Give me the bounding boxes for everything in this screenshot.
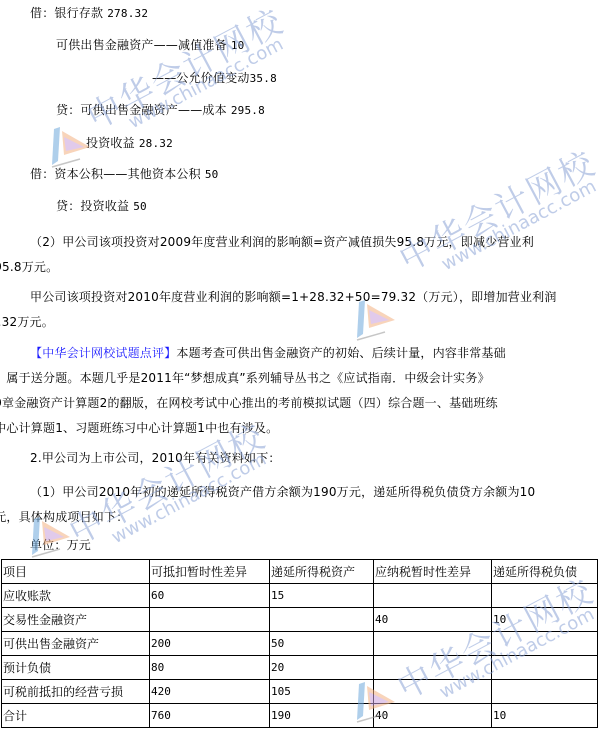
table-cell: 105 bbox=[270, 680, 374, 704]
table-cell bbox=[492, 632, 598, 656]
amount: 278.32 bbox=[107, 7, 148, 20]
amount: 28.32 bbox=[139, 137, 173, 150]
amount: 295.8 bbox=[231, 104, 265, 117]
table-row: 可供出售金融资产 200 50 bbox=[2, 632, 598, 656]
journal-line-credit-cost: 贷：可供出售金融资产——成本 295.8 bbox=[56, 103, 265, 118]
unit-label: 单位：万元 bbox=[30, 538, 91, 552]
journal-line-debit-bank: 借：银行存款 278.32 bbox=[30, 6, 148, 21]
account-name: 可供出售金融资产——成本 bbox=[80, 103, 226, 117]
paragraph-line: （2）甲公司该项投资对2009年度营业利润的影响额=资产减值损失95.8万元，即… bbox=[6, 230, 594, 255]
table-header-row: 项目 可抵扣暂时性差异 递延所得税资产 应纳税暂时性差异 递延所得税负债 bbox=[2, 560, 598, 584]
amount: 35.8 bbox=[250, 72, 277, 85]
table-cell: 80 bbox=[150, 656, 270, 680]
table-cell: 50 bbox=[270, 632, 374, 656]
table-cell: 交易性金融资产 bbox=[2, 608, 150, 632]
paragraph-line: 性，属于送分题。本题几乎是2011年“梦想成真”系列辅导丛书之《应试指南．中级会… bbox=[0, 366, 594, 391]
journal-line-fair-value: ——公允价值变动35.8 bbox=[152, 71, 277, 86]
paragraph-line: 79.32万元。 bbox=[0, 310, 594, 335]
commentary-tag: 【中华会计网校试题点评】 bbox=[30, 346, 176, 360]
table-cell: 20 bbox=[270, 656, 374, 680]
table-cell: 190 bbox=[270, 704, 374, 728]
account-name: 投资收益 bbox=[80, 199, 129, 213]
table-cell: 10 bbox=[492, 704, 598, 728]
paragraph-line: 习中心计算题1、习题班练习中心计算题1中也有涉及。 bbox=[0, 416, 594, 441]
journal-line-investment-income: 投资收益 28.32 bbox=[86, 136, 173, 151]
journal-line-debit-capital-reserve: 借：资本公积——其他资本公积 50 bbox=[30, 167, 218, 182]
table-cell bbox=[150, 608, 270, 632]
paragraph-2010-impact: 甲公司该项投资对2010年度营业利润的影响额=1+28.32+50=79.32（… bbox=[6, 285, 594, 335]
paragraph-line: 2.甲公司为上市公司，2010年有关资料如下： bbox=[6, 446, 594, 471]
table-cell: 10 bbox=[492, 608, 598, 632]
table-cell: 预计负债 bbox=[2, 656, 150, 680]
paragraph-text: 本题考查可供出售金融资产的初始、后续计量，内容非常基础 bbox=[176, 346, 505, 360]
table-cell: 200 bbox=[150, 632, 270, 656]
table-row: 应收账款 60 15 bbox=[2, 584, 598, 608]
paragraph-line: 万元，具体构成项目如下： bbox=[0, 505, 594, 530]
table-header-cell: 应纳税暂时性差异 bbox=[374, 560, 492, 584]
table-header-cell: 项目 bbox=[2, 560, 150, 584]
table-cell: 可税前抵扣的经营亏损 bbox=[2, 680, 150, 704]
table-cell bbox=[270, 608, 374, 632]
credit-label: 贷： bbox=[56, 199, 80, 213]
table-cell: 40 bbox=[374, 608, 492, 632]
paragraph-commentary: 【中华会计网校试题点评】本题考查可供出售金融资产的初始、后续计量，内容非常基础 … bbox=[6, 341, 594, 441]
account-name: 资本公积——其他资本公积 bbox=[54, 167, 200, 181]
account-name: 投资收益 bbox=[86, 136, 135, 150]
account-name: 可供出售金融资产——减值准备 bbox=[56, 38, 227, 52]
table-cell bbox=[374, 584, 492, 608]
table-row: 交易性金融资产 40 10 bbox=[2, 608, 598, 632]
table-cell bbox=[492, 656, 598, 680]
amount: 10 bbox=[231, 39, 245, 52]
paragraph-line: （1）甲公司2010年初的递延所得税资产借方余额为190万元，递延所得税负债贷方… bbox=[6, 480, 594, 505]
paragraph-line: 润95.8万元。 bbox=[0, 255, 594, 280]
table-cell: 420 bbox=[150, 680, 270, 704]
amount: 50 bbox=[205, 168, 219, 181]
table-cell: 60 bbox=[150, 584, 270, 608]
table-cell bbox=[374, 632, 492, 656]
table-header-cell: 递延所得税负债 bbox=[492, 560, 598, 584]
table-cell bbox=[492, 584, 598, 608]
table-row: 可税前抵扣的经营亏损 420 105 bbox=[2, 680, 598, 704]
credit-label: 贷： bbox=[56, 103, 80, 117]
paragraph-item-1: （1）甲公司2010年初的递延所得税资产借方余额为190万元，递延所得税负债贷方… bbox=[6, 480, 594, 530]
account-name: 银行存款 bbox=[54, 6, 103, 20]
journal-line-credit-investment-income: 贷：投资收益 50 bbox=[56, 199, 147, 214]
paragraph-question-2: 2.甲公司为上市公司，2010年有关资料如下： bbox=[6, 446, 594, 471]
table-row-total: 合计 760 190 40 10 bbox=[2, 704, 598, 728]
paragraph-line: 第9章金融资产计算题2的翻版，在网校考试中心推出的考前模拟试题（四）综合题一、基… bbox=[0, 391, 594, 416]
table-cell bbox=[374, 656, 492, 680]
deferred-tax-table: 项目 可抵扣暂时性差异 递延所得税资产 应纳税暂时性差异 递延所得税负债 应收账… bbox=[1, 559, 598, 728]
debit-label: 借： bbox=[30, 167, 54, 181]
paragraph-2009-impact: （2）甲公司该项投资对2009年度营业利润的影响额=资产减值损失95.8万元，即… bbox=[6, 230, 594, 280]
table-header-cell: 可抵扣暂时性差异 bbox=[150, 560, 270, 584]
table-row: 预计负债 80 20 bbox=[2, 656, 598, 680]
debit-label: 借： bbox=[30, 6, 54, 20]
journal-line-impairment: 可供出售金融资产——减值准备 10 bbox=[56, 38, 244, 53]
table-cell: 可供出售金融资产 bbox=[2, 632, 150, 656]
account-name: ——公允价值变动 bbox=[152, 71, 250, 85]
table-cell bbox=[492, 680, 598, 704]
table-cell: 40 bbox=[374, 704, 492, 728]
paragraph-line: 甲公司该项投资对2010年度营业利润的影响额=1+28.32+50=79.32（… bbox=[6, 285, 594, 310]
table-cell: 应收账款 bbox=[2, 584, 150, 608]
table-header-cell: 递延所得税资产 bbox=[270, 560, 374, 584]
table-cell: 15 bbox=[270, 584, 374, 608]
amount: 50 bbox=[133, 200, 147, 213]
table-cell: 合计 bbox=[2, 704, 150, 728]
table-cell: 760 bbox=[150, 704, 270, 728]
table-cell bbox=[374, 680, 492, 704]
